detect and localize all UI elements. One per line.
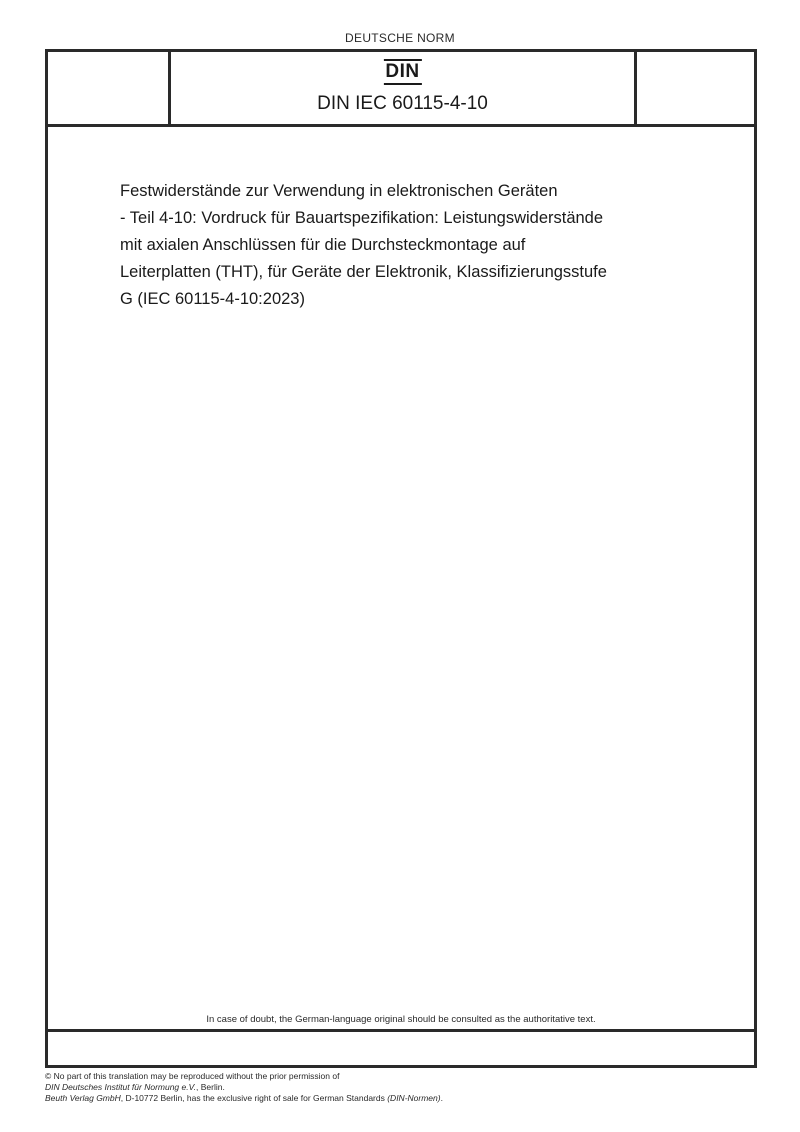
copyright-line-2-rest: , Berlin. — [196, 1082, 225, 1092]
footer-divider — [48, 1029, 754, 1032]
authoritative-text-note: In case of doubt, the German-language or… — [48, 1014, 754, 1025]
din-institute-name: DIN Deutsches Institut für Normung e.V. — [45, 1082, 196, 1092]
deutsche-norm-label: DEUTSCHE NORM — [0, 31, 800, 45]
header-cell-right — [634, 52, 757, 124]
din-normen-label: (DIN-Normen) — [387, 1093, 440, 1103]
beuth-verlag-name: Beuth Verlag GmbH — [45, 1093, 121, 1103]
title-line: mit axialen Anschlüssen für die Durchste… — [120, 232, 680, 259]
copyright-line-3-end: . — [441, 1093, 443, 1103]
document-number: DIN IEC 60115-4-10 — [171, 93, 634, 115]
copyright-line-3-mid: , D-10772 Berlin, has the exclusive righ… — [121, 1093, 387, 1103]
copyright-line-1: © No part of this translation may be rep… — [45, 1071, 443, 1082]
header-cell-center: DIN DIN IEC 60115-4-10 — [171, 52, 634, 124]
title-line: - Teil 4-10: Vordruck für Bauartspezifik… — [120, 205, 680, 232]
copyright-line-3: Beuth Verlag GmbH, D-10772 Berlin, has t… — [45, 1093, 443, 1104]
header-row: DIN DIN IEC 60115-4-10 — [48, 52, 754, 127]
copyright-line-2: DIN Deutsches Institut für Normung e.V.,… — [45, 1082, 443, 1093]
title-line: G (IEC 60115-4-10:2023) — [120, 286, 680, 313]
din-logo-icon: DIN — [383, 59, 421, 85]
title-line: Leiterplatten (THT), für Geräte der Elek… — [120, 259, 680, 286]
header-cell-left — [48, 52, 171, 124]
title-line: Festwiderstände zur Verwendung in elektr… — [120, 178, 680, 205]
copyright-notice: © No part of this translation may be rep… — [45, 1071, 443, 1104]
document-frame: DIN DIN IEC 60115-4-10 Festwiderstände z… — [45, 49, 757, 1068]
document-title: Festwiderstände zur Verwendung in elektr… — [120, 178, 680, 313]
